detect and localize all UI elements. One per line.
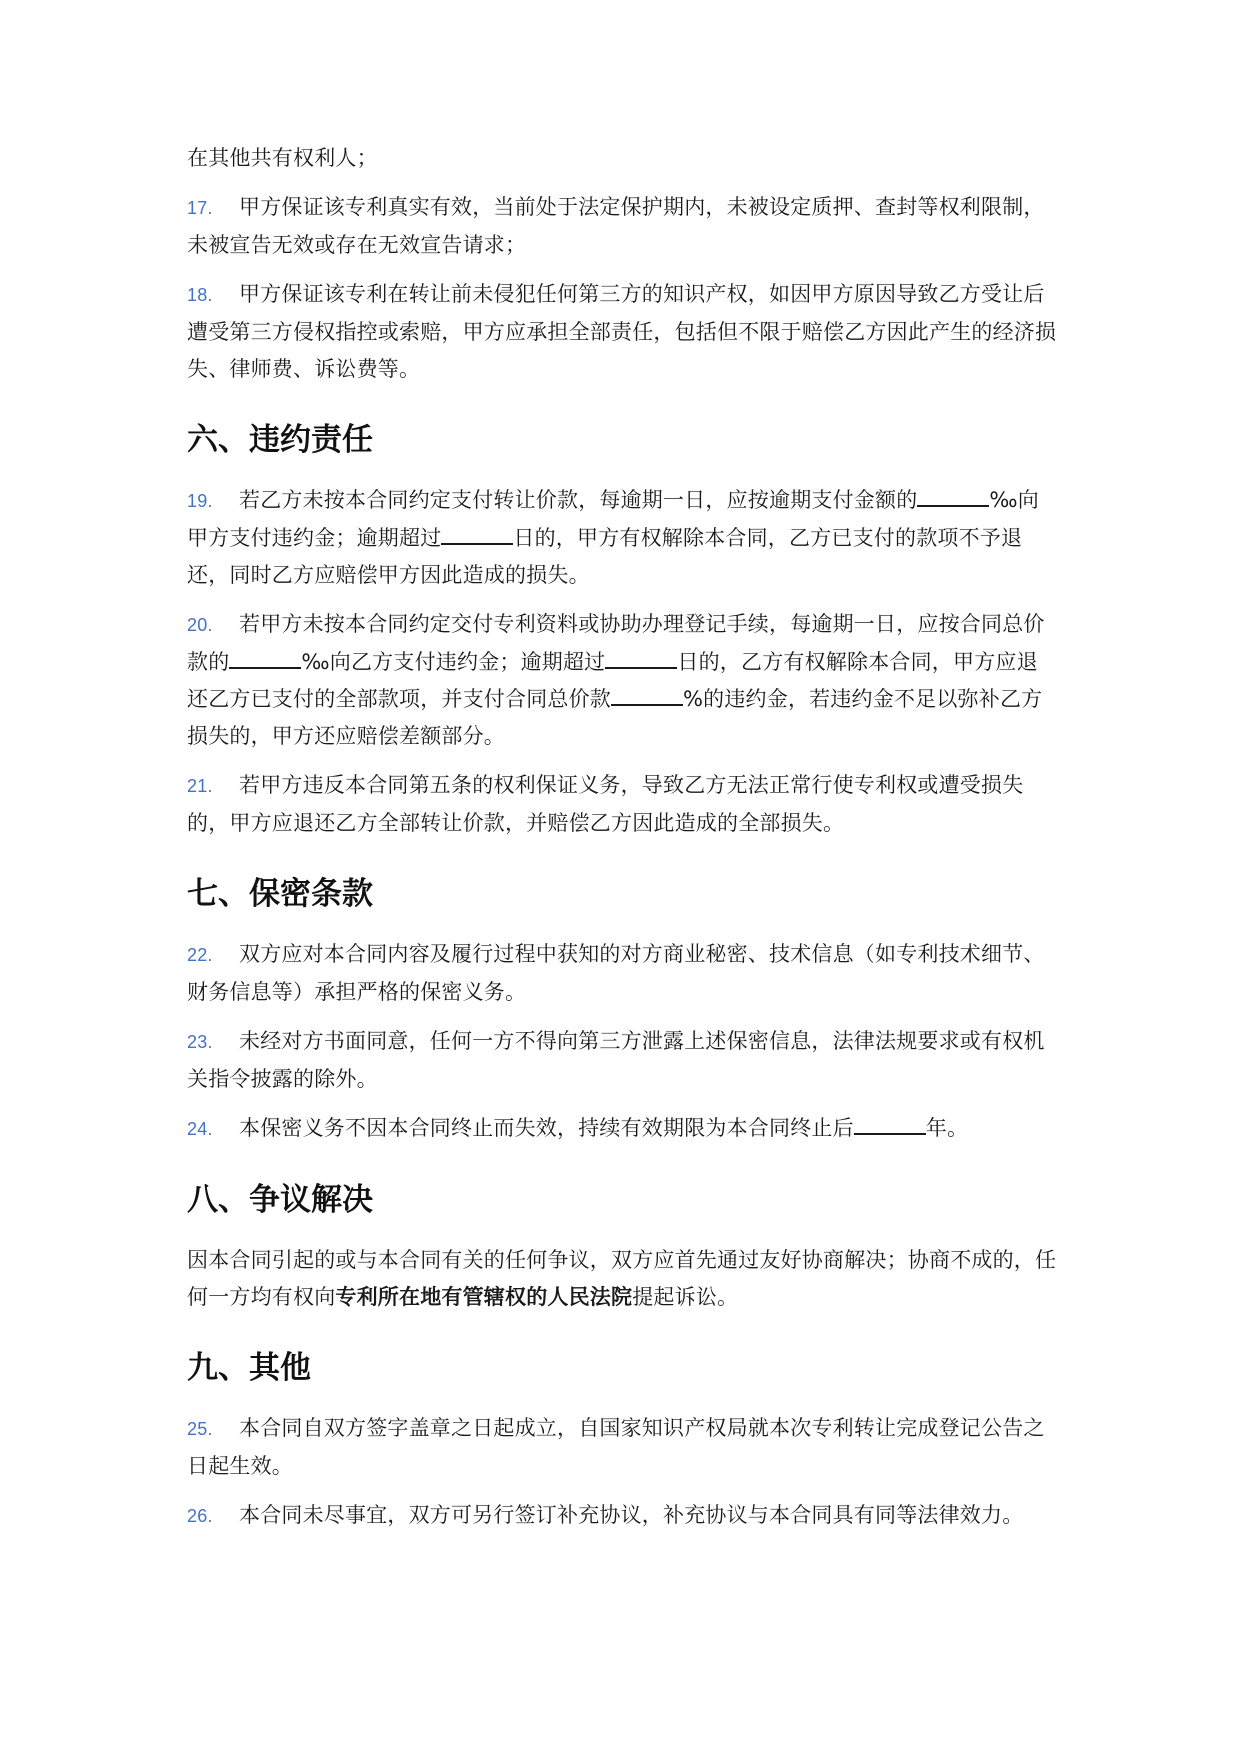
clause-text: 本保密义务不因本合同终止而失效，持续有效期限为本合同终止后 [239, 1116, 854, 1140]
clause-26: 26.本合同未尽事宜，双方可另行签订补充协议，补充协议与本合同具有同等法律效力。 [187, 1497, 1057, 1535]
paragraph-text: 提起诉讼。 [632, 1285, 738, 1309]
paragraph-continuation: 在其他共有权利人； [187, 140, 1057, 177]
fill-blank[interactable] [605, 645, 677, 669]
clause-number: 20. [187, 607, 239, 644]
fill-blank[interactable] [611, 682, 683, 706]
clause-23: 23.未经对方书面同意，任何一方不得向第三方泄露上述保密信息，法律法规要求或有权… [187, 1023, 1057, 1098]
clause-22: 22.双方应对本合同内容及履行过程中获知的对方商业秘密、技术信息（如专利技术细节… [187, 936, 1057, 1011]
court-emphasis: 专利所在地有管辖权的人民法院 [335, 1285, 632, 1309]
clause-text: 甲方保证该专利在转让前未侵犯任何第三方的知识产权，如因甲方原因导致乙方受让后遭受… [187, 282, 1056, 381]
clause-number: 23. [187, 1024, 239, 1061]
clause-number: 24. [187, 1111, 239, 1148]
clause-text: 双方应对本合同内容及履行过程中获知的对方商业秘密、技术信息（如专利技术细节、财务… [187, 942, 1045, 1004]
clause-number: 17. [187, 190, 239, 227]
section-heading-confidentiality: 七、保密条款 [187, 872, 1057, 916]
clause-text: 甲方保证该专利真实有效，当前处于法定保护期内，未被设定质押、查封等权利限制，未被… [187, 195, 1045, 257]
clause-20: 20.若甲方未按本合同约定交付专利资料或协助办理登记手续，每逾期一日，应按合同总… [187, 606, 1057, 755]
clause-number: 21. [187, 768, 239, 805]
fill-blank[interactable] [854, 1111, 926, 1135]
dispute-paragraph: 因本合同引起的或与本合同有关的任何争议，双方应首先通过友好协商解决；协商不成的，… [187, 1242, 1057, 1316]
fill-blank[interactable] [917, 483, 989, 507]
clause-text: 未经对方书面同意，任何一方不得向第三方泄露上述保密信息，法律法规要求或有权机关指… [187, 1029, 1045, 1091]
clause-text: 年。 [926, 1116, 968, 1140]
section-heading-other: 九、其他 [187, 1346, 1057, 1390]
clause-number: 19. [187, 483, 239, 520]
clause-25: 25.本合同自双方签字盖章之日起成立，自国家知识产权局就本次专利转让完成登记公告… [187, 1410, 1057, 1485]
document-page: 在其他共有权利人； 17.甲方保证该专利真实有效，当前处于法定保护期内，未被设定… [187, 140, 1057, 1547]
clause-number: 25. [187, 1411, 239, 1448]
paragraph-text: 在其他共有权利人； [187, 146, 378, 170]
section-heading-disputes: 八、争议解决 [187, 1178, 1057, 1222]
clause-number: 22. [187, 937, 239, 974]
fill-blank[interactable] [441, 521, 513, 545]
clause-21: 21.若甲方违反本合同第五条的权利保证义务，导致乙方无法正常行使专利权或遭受损失… [187, 767, 1057, 842]
clause-24: 24.本保密义务不因本合同终止而失效，持续有效期限为本合同终止后年。 [187, 1110, 1057, 1148]
clause-number: 18. [187, 277, 239, 314]
section-heading-breach: 六、违约责任 [187, 418, 1057, 462]
clause-text: ‰向乙方支付违约金；逾期超过 [301, 650, 605, 674]
clause-text: 若乙方未按本合同约定支付转让价款，每逾期一日，应按逾期支付金额的 [239, 488, 917, 512]
fill-blank[interactable] [229, 645, 301, 669]
clause-17: 17.甲方保证该专利真实有效，当前处于法定保护期内，未被设定质押、查封等权利限制… [187, 189, 1057, 264]
clause-18: 18.甲方保证该专利在转让前未侵犯任何第三方的知识产权，如因甲方原因导致乙方受让… [187, 276, 1057, 388]
clause-text: 本合同自双方签字盖章之日起成立，自国家知识产权局就本次专利转让完成登记公告之日起… [187, 1416, 1045, 1478]
clause-19: 19.若乙方未按本合同约定支付转让价款，每逾期一日，应按逾期支付金额的‰向甲方支… [187, 482, 1057, 594]
clause-text: 本合同未尽事宜，双方可另行签订补充协议，补充协议与本合同具有同等法律效力。 [239, 1503, 1023, 1527]
clause-text: 若甲方违反本合同第五条的权利保证义务，导致乙方无法正常行使专利权或遭受损失的，甲… [187, 773, 1023, 835]
clause-number: 26. [187, 1498, 239, 1535]
